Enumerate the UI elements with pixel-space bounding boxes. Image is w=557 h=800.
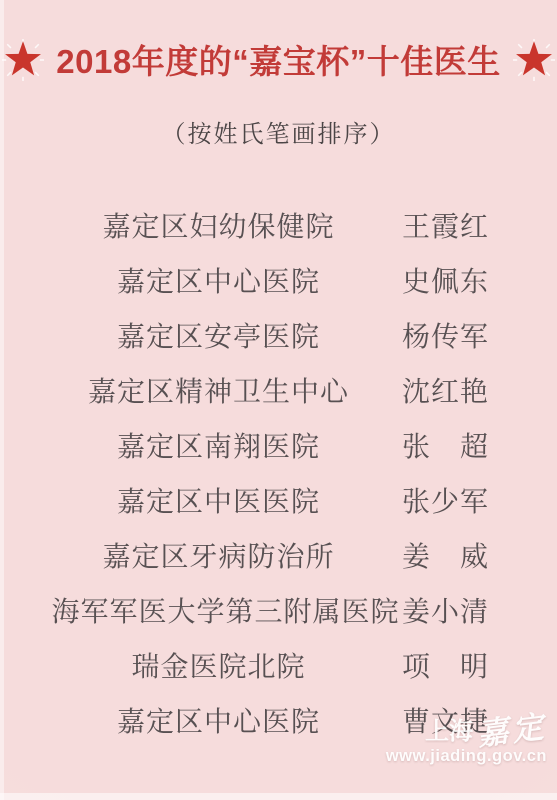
doctor-row: 嘉定区妇幼保健院 王霞红 xyxy=(0,197,557,252)
doctor-name: 姜 威 xyxy=(386,535,506,575)
sort-note: （按姓氏笔画排序） xyxy=(0,114,557,149)
watermark-logo: 上海 嘉定 xyxy=(386,713,547,744)
hospital-name: 嘉定区南翔医院 xyxy=(52,425,386,465)
doctor-row: 嘉定区牙病防治所 姜 威 xyxy=(0,527,557,582)
hospital-name: 嘉定区牙病防治所 xyxy=(52,535,386,575)
doctor-row: 海军军医大学第三附属医院 姜小清 xyxy=(0,582,557,637)
hospital-name: 瑞金医院北院 xyxy=(52,645,386,685)
doctor-row: 嘉定区南翔医院 张 超 xyxy=(0,417,557,472)
hospital-name: 嘉定区妇幼保健院 xyxy=(52,205,386,245)
award-poster: 2018年度的“嘉宝杯”十佳医生 （按姓氏笔画排序） 嘉定区妇幼保健院 王霞红 … xyxy=(0,0,557,800)
watermark-calligraphy: 嘉定 xyxy=(476,710,549,749)
doctor-name: 王霞红 xyxy=(386,205,506,245)
hospital-name: 嘉定区安亭医院 xyxy=(52,315,386,355)
hospital-name: 嘉定区中心医院 xyxy=(52,260,386,300)
hospital-name: 海军军医大学第三附属医院 xyxy=(52,590,386,630)
doctor-row: 瑞金医院北院 项 明 xyxy=(0,637,557,692)
star-icon xyxy=(2,39,44,81)
doctor-row: 嘉定区安亭医院 杨传军 xyxy=(0,307,557,362)
watermark-city-label: 上海 xyxy=(425,720,473,744)
header: 2018年度的“嘉宝杯”十佳医生 xyxy=(0,0,557,83)
doctor-row: 嘉定区中心医院 史佩东 xyxy=(0,252,557,307)
photo-edge-left xyxy=(0,0,4,800)
doctor-list: 嘉定区妇幼保健院 王霞红 嘉定区中心医院 史佩东 嘉定区安亭医院 杨传军 嘉定区… xyxy=(0,197,557,747)
hospital-name: 嘉定区中心医院 xyxy=(52,700,386,740)
doctor-row: 嘉定区中医医院 张少军 xyxy=(0,472,557,527)
doctor-row: 嘉定区精神卫生中心 沈红艳 xyxy=(0,362,557,417)
doctor-name: 张 超 xyxy=(386,425,506,465)
photo-edge-bottom xyxy=(0,793,557,800)
watermark-url: www.jiading.gov.cn xyxy=(386,748,547,765)
doctor-name: 史佩东 xyxy=(386,260,506,300)
page-title: 2018年度的“嘉宝杯”十佳医生 xyxy=(56,36,500,83)
doctor-name: 张少军 xyxy=(386,480,506,520)
doctor-name: 沈红艳 xyxy=(386,370,506,410)
doctor-name: 项 明 xyxy=(386,645,506,685)
doctor-name: 姜小清 xyxy=(386,590,506,630)
site-watermark: 上海 嘉定 www.jiading.gov.cn xyxy=(386,713,547,765)
doctor-name: 杨传军 xyxy=(386,315,506,355)
star-icon xyxy=(513,39,555,81)
hospital-name: 嘉定区精神卫生中心 xyxy=(52,370,386,410)
hospital-name: 嘉定区中医医院 xyxy=(52,480,386,520)
